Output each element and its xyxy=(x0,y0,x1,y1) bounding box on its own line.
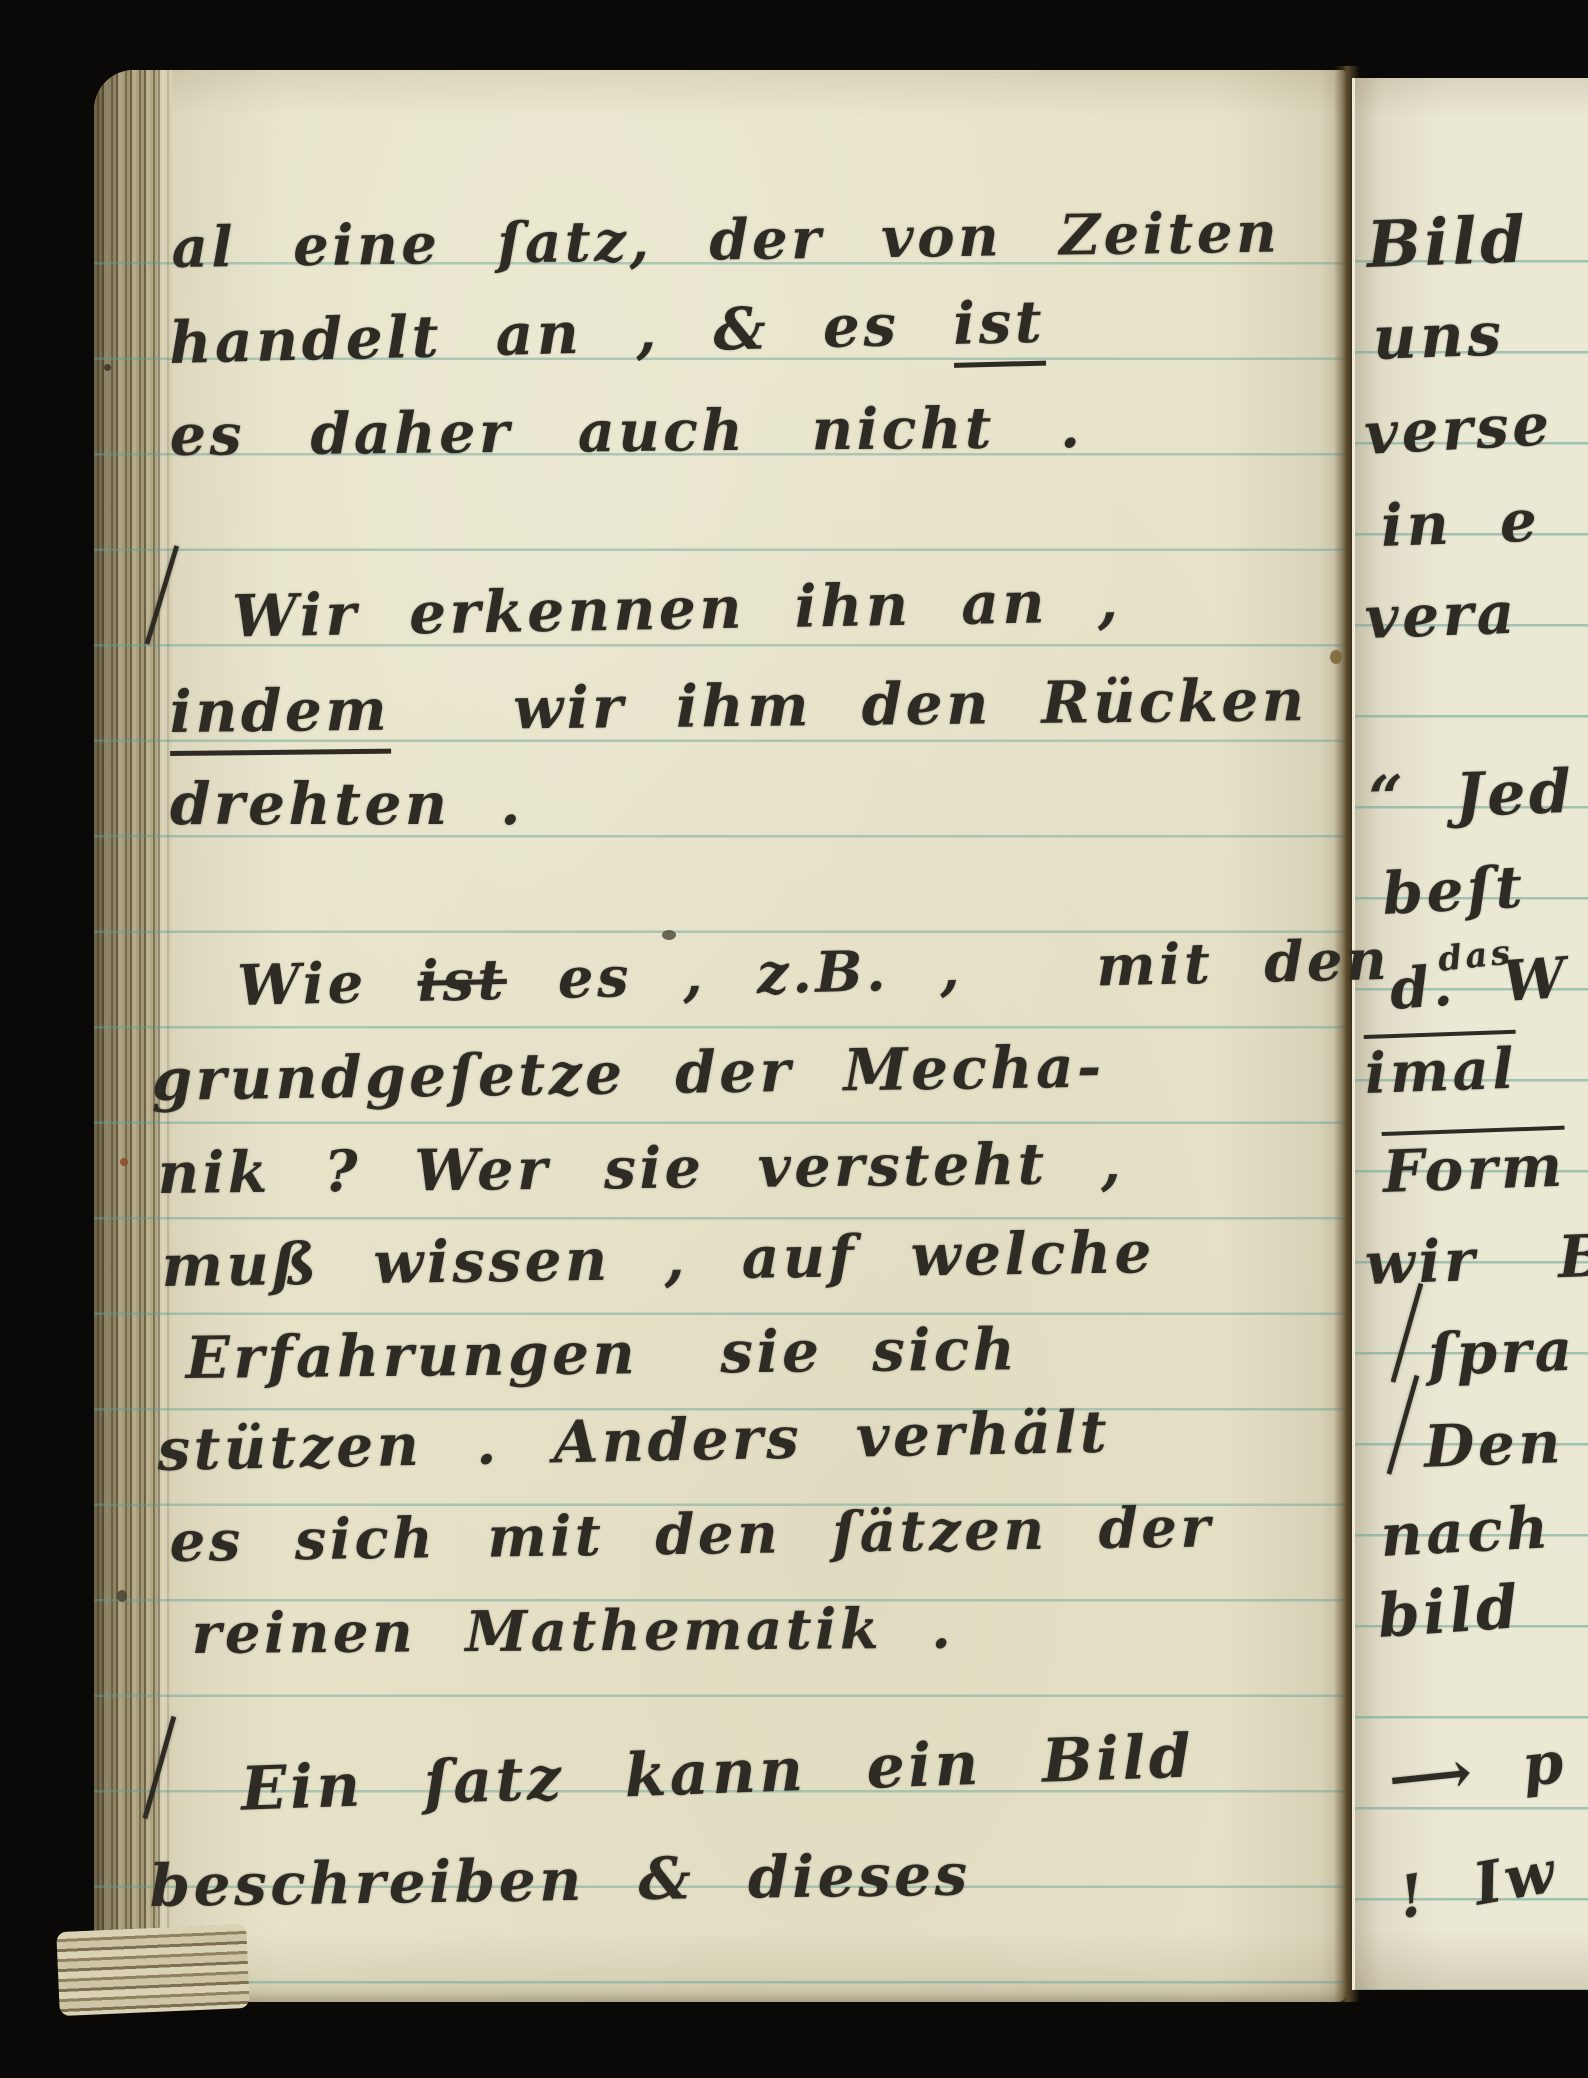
page-edge-stack-bottom xyxy=(56,1924,249,2016)
ruled-lines-right xyxy=(1355,260,1588,1990)
notebook-scan: al eine ſatz, der von Zeitenhandelt an ,… xyxy=(0,0,1588,2078)
left-page xyxy=(94,70,1346,2002)
right-page-sliver xyxy=(1352,78,1588,1990)
ruled-lines-left xyxy=(94,262,1346,2002)
